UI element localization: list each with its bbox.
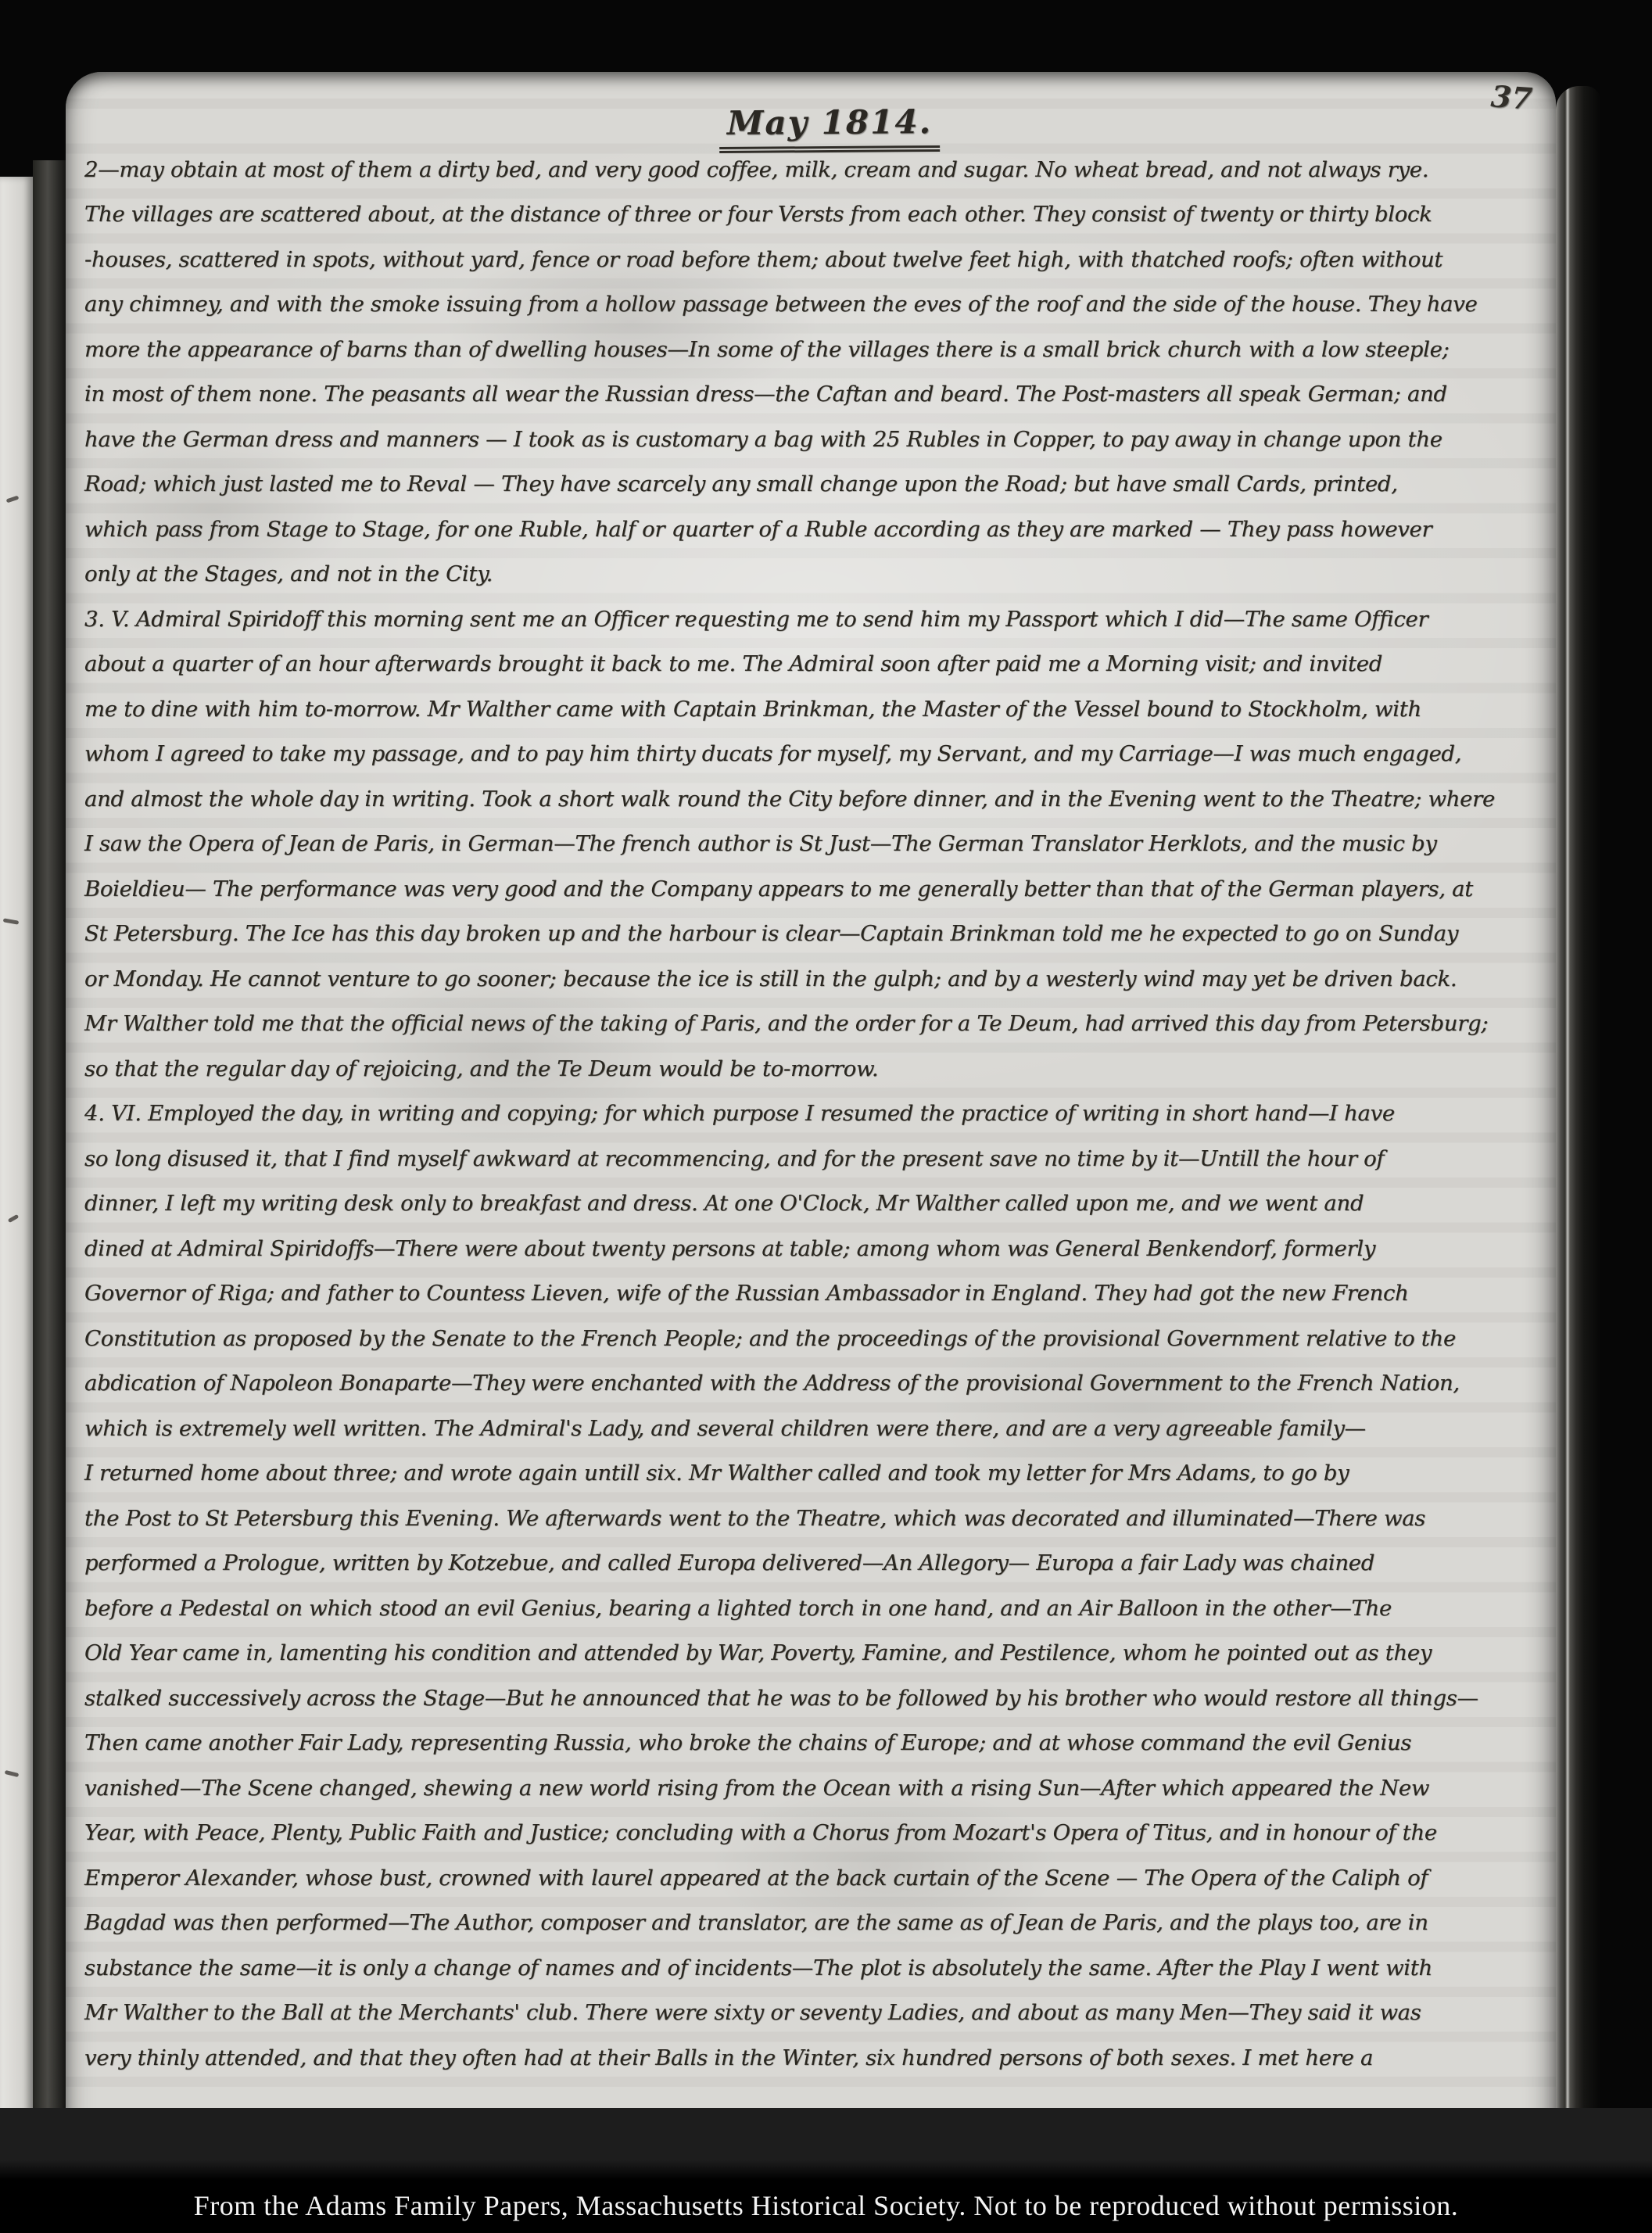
manuscript-line: Bagdad was then performed—The Author, co… [84, 1901, 1540, 1946]
manuscript-line: 4. VI. Employed the day, in writing and … [84, 1091, 1540, 1137]
manuscript-line: so that the regular day of rejoicing, an… [84, 1046, 1540, 1091]
manuscript-line: 2—may obtain at most of them a dirty bed… [84, 147, 1540, 192]
manuscript-line: so long disused it, that I find myself a… [84, 1136, 1540, 1181]
manuscript-line: dinner, I left my writing desk only to b… [84, 1181, 1540, 1227]
manuscript-page: 37 May 1814. 2—may obtain at most of the… [66, 72, 1556, 2158]
manuscript-line: abdication of Napoleon Bonaparte—They we… [84, 1361, 1540, 1407]
manuscript-line: and almost the whole day in writing. Too… [84, 776, 1540, 822]
marginal-mark [3, 918, 20, 924]
manuscript-line: vanished—The Scene changed, shewing a ne… [84, 1765, 1540, 1811]
manuscript-line: The villages are scattered about, at the… [84, 192, 1540, 238]
marginal-mark [5, 1770, 20, 1777]
manuscript-line: substance the same—it is only a change o… [84, 1945, 1540, 1991]
manuscript-line: 3. V. Admiral Spiridoff this morning sen… [84, 597, 1540, 642]
manuscript-line: in most of them none. The peasants all w… [84, 372, 1540, 418]
manuscript-line: Boieldieu— The performance was very good… [84, 866, 1540, 912]
manuscript-line: -houses, scattered in spots, without yar… [84, 237, 1540, 282]
manuscript-line: Year, with Peace, Plenty, Public Faith a… [84, 1811, 1540, 1856]
manuscript-line: or Monday. He cannot venture to go soone… [84, 956, 1540, 1002]
manuscript-line: performed a Prologue, written by Kotzebu… [84, 1541, 1540, 1586]
manuscript-line: which pass from Stage to Stage, for one … [84, 507, 1540, 552]
manuscript-line: Road; which just lasted me to Reval — Th… [84, 462, 1540, 507]
month-year-heading: May 1814. [719, 102, 941, 153]
manuscript-line: only at the Stages, and not in the City. [84, 552, 1540, 597]
manuscript-line: very thinly attended, and that they ofte… [84, 2035, 1540, 2081]
facing-page-sliver [0, 177, 33, 2128]
manuscript-line: about a quarter of an hour afterwards br… [84, 642, 1540, 687]
manuscript-text: 2—may obtain at most of them a dirty bed… [84, 147, 1540, 2081]
page-stack-edge [1556, 86, 1601, 2133]
manuscript-line: Mr Walther told me that the official new… [84, 1002, 1540, 1047]
manuscript-line: whom I agreed to take my passage, and to… [84, 732, 1540, 777]
manuscript-line: St Petersburg. The Ice has this day brok… [84, 912, 1540, 957]
entry-header-row: May 1814. [66, 103, 1556, 152]
manuscript-line: Then came another Fair Lady, representin… [84, 1721, 1540, 1766]
manuscript-line: which is extremely well written. The Adm… [84, 1406, 1540, 1451]
manuscript-line: Old Year came in, lamenting his conditio… [84, 1631, 1540, 1676]
manuscript-line: Constitution as proposed by the Senate t… [84, 1316, 1540, 1361]
manuscript-line: the Post to St Petersburg this Evening. … [84, 1496, 1540, 1541]
manuscript-line: any chimney, and with the smoke issuing … [84, 282, 1540, 328]
manuscript-line: I saw the Opera of Jean de Paris, in Ger… [84, 822, 1540, 867]
manuscript-line: Mr Walther to the Ball at the Merchants'… [84, 1991, 1540, 2036]
manuscript-line: stalked successively across the Stage—Bu… [84, 1676, 1540, 1721]
manuscript-line: more the appearance of barns than of dwe… [84, 327, 1540, 372]
marginal-mark [6, 496, 20, 504]
manuscript-line: me to dine with him to-morrow. Mr Walthe… [84, 686, 1540, 732]
manuscript-line: dined at Admiral Spiridoffs—There were a… [84, 1226, 1540, 1271]
caption-band: From the Adams Family Papers, Massachuse… [0, 2108, 1652, 2233]
caption-text: From the Adams Family Papers, Massachuse… [194, 2189, 1458, 2233]
manuscript-line: Emperor Alexander, whose bust, crowned w… [84, 1855, 1540, 1901]
book-gutter-shadow [33, 160, 66, 2146]
manuscript-line: before a Pedestal on which stood an evil… [84, 1586, 1540, 1631]
manuscript-line: Governor of Riga; and father to Countess… [84, 1271, 1540, 1317]
manuscript-line: I returned home about three; and wrote a… [84, 1451, 1540, 1496]
marginal-mark [8, 1214, 20, 1223]
manuscript-line: have the German dress and manners — I to… [84, 417, 1540, 462]
